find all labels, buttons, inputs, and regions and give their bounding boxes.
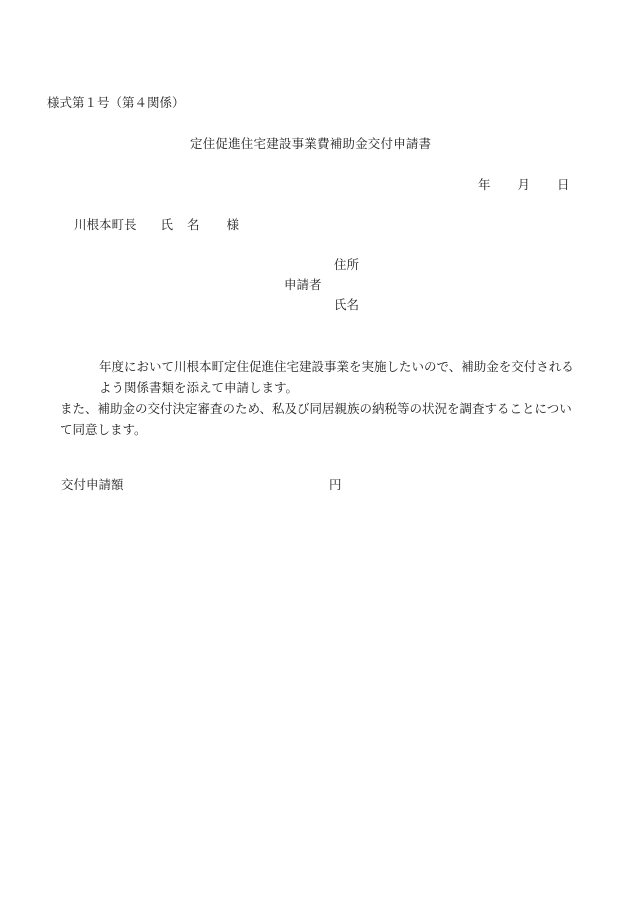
date-line: 年月日 <box>478 179 570 192</box>
body-paragraph-1: 年度において川根本町定住促進住宅建設事業を実施したいので、補助金を交付されるよう… <box>47 356 583 398</box>
amount-unit: 円 <box>329 479 342 492</box>
applicant-name-label: 氏名 <box>334 299 359 312</box>
body-text: 年度において川根本町定住促進住宅建設事業を実施したいので、補助金を交付されるよう… <box>47 356 583 440</box>
document-title: 定住促進住宅建設事業費補助金交付申請書 <box>190 138 431 151</box>
addressee: 川根本町長氏名様 <box>74 219 239 232</box>
addressee-name-shi: 氏 <box>161 219 174 232</box>
date-year-label: 年 <box>478 179 491 192</box>
applicant-label: 申請者 <box>284 279 322 292</box>
date-day-label: 日 <box>557 179 570 192</box>
amount-label: 交付申請額 <box>61 479 124 492</box>
addressee-title: 川根本町長 <box>74 219 137 232</box>
date-month-label: 月 <box>518 179 531 192</box>
body-paragraph-2: また、補助金の交付決定審査のため、私及び同居親族の納税等の状況を調査することにつ… <box>47 398 583 440</box>
applicant-address-label: 住所 <box>334 259 359 272</box>
addressee-name-mei: 名 <box>187 219 200 232</box>
addressee-honorific: 様 <box>227 219 240 232</box>
form-number: 様式第１号（第４関係） <box>47 97 185 110</box>
